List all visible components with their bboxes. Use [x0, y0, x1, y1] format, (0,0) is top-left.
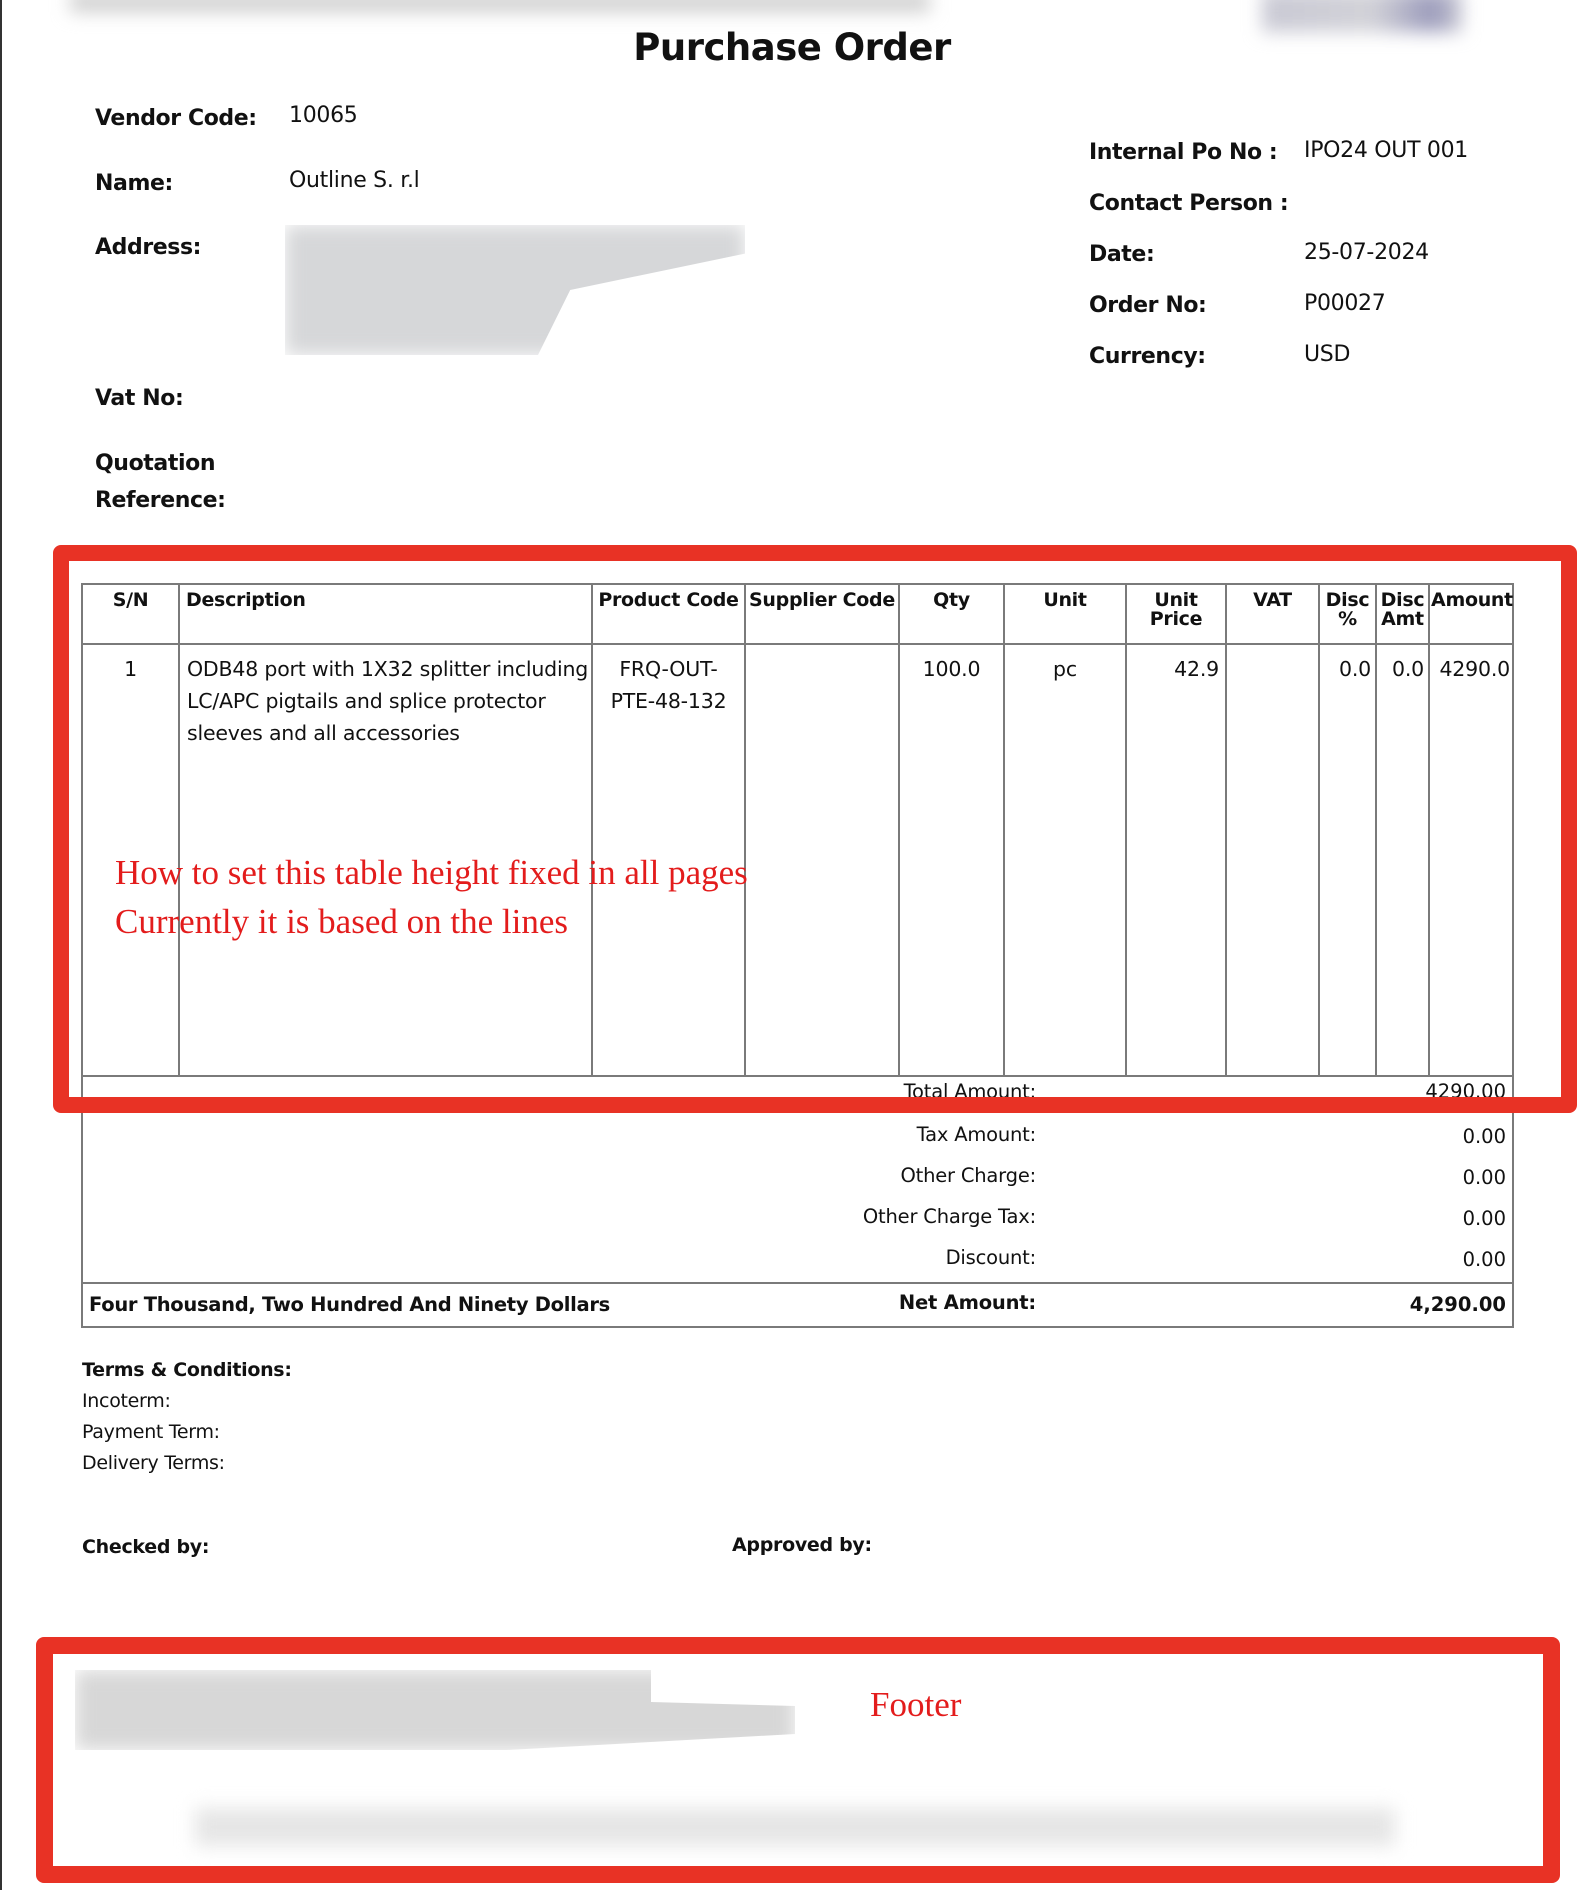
order-no-label: Order No:: [1089, 293, 1206, 318]
order-no-value: P00027: [1304, 291, 1385, 316]
document-title: Purchase Order: [0, 26, 1584, 69]
footer-annotation-note: Footer: [870, 1680, 961, 1729]
discount-label: Discount:: [946, 1246, 1036, 1269]
redacted-company-header: [70, 0, 930, 12]
terms-heading: Terms & Conditions:: [82, 1359, 292, 1381]
delivery-terms-label: Delivery Terms:: [82, 1452, 225, 1474]
vendor-code-label: Vendor Code:: [95, 106, 257, 131]
currency-value: USD: [1304, 342, 1350, 367]
internal-po-value: IPO24 OUT 001: [1304, 138, 1468, 163]
footer-highlight-box: [36, 1637, 1560, 1883]
net-divider: [83, 1282, 1512, 1284]
net-amount-label: Net Amount:: [899, 1291, 1036, 1314]
redacted-address: [285, 225, 745, 355]
address-label: Address:: [95, 235, 201, 260]
net-amount-value: 4,290.00: [1410, 1293, 1506, 1316]
tax-amount-value: 0.00: [1463, 1125, 1506, 1148]
checked-by-label: Checked by:: [82, 1536, 209, 1558]
table-highlight-box: [53, 545, 1577, 1113]
date-value: 25-07-2024: [1304, 240, 1429, 265]
payment-term-label: Payment Term:: [82, 1421, 220, 1443]
contact-person-label: Contact Person :: [1089, 191, 1288, 216]
page-edge: [0, 0, 2, 1890]
other-charge-tax-value: 0.00: [1463, 1207, 1506, 1230]
other-charge-value: 0.00: [1463, 1166, 1506, 1189]
approved-by-label: Approved by:: [732, 1534, 872, 1556]
annotation-line: How to set this table height fixed in al…: [115, 848, 748, 897]
vendor-code-value: 10065: [289, 103, 358, 128]
other-charge-tax-label: Other Charge Tax:: [863, 1205, 1036, 1228]
annotation-line: Currently it is based on the lines: [115, 897, 748, 946]
quotation-reference-label: Reference:: [95, 488, 226, 513]
currency-label: Currency:: [1089, 344, 1206, 369]
internal-po-label: Internal Po No :: [1089, 140, 1277, 165]
tax-amount-label: Tax Amount:: [917, 1123, 1036, 1146]
table-annotation-note: How to set this table height fixed in al…: [115, 848, 748, 946]
vendor-name-label: Name:: [95, 171, 173, 196]
vendor-name-value: Outline S. r.l: [289, 168, 419, 193]
amount-in-words: Four Thousand, Two Hundred And Ninety Do…: [89, 1293, 610, 1316]
discount-value: 0.00: [1463, 1248, 1506, 1271]
other-charge-label: Other Charge:: [900, 1164, 1036, 1187]
incoterm-label: Incoterm:: [82, 1390, 171, 1412]
quotation-label: Quotation: [95, 451, 215, 476]
vat-label: Vat No:: [95, 386, 183, 411]
date-label: Date:: [1089, 242, 1154, 267]
